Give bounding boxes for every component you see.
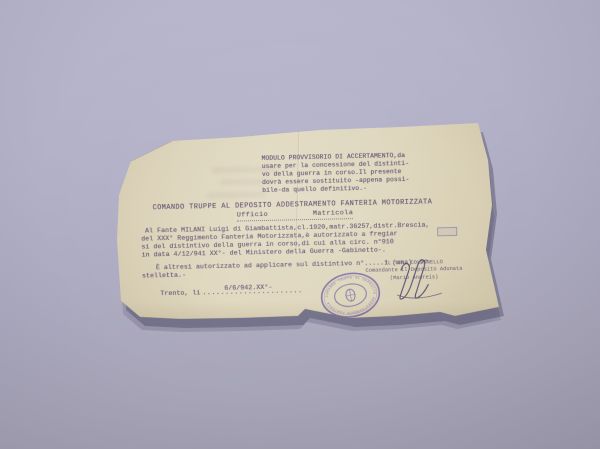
document-paper: MODULO PROVVISORIO DI ACCERTAMENTO,da us… bbox=[115, 120, 505, 330]
paper-area: MODULO PROVVISORIO DI ACCERTAMENTO,da us… bbox=[115, 120, 505, 330]
photo-of-document: MODULO PROVVISORIO DI ACCERTAMENTO,da us… bbox=[0, 0, 600, 449]
handwritten-signature bbox=[113, 116, 507, 334]
typewritten-text-layer: MODULO PROVVISORIO DI ACCERTAMENTO,da us… bbox=[113, 116, 507, 334]
fold-gap bbox=[123, 144, 139, 156]
